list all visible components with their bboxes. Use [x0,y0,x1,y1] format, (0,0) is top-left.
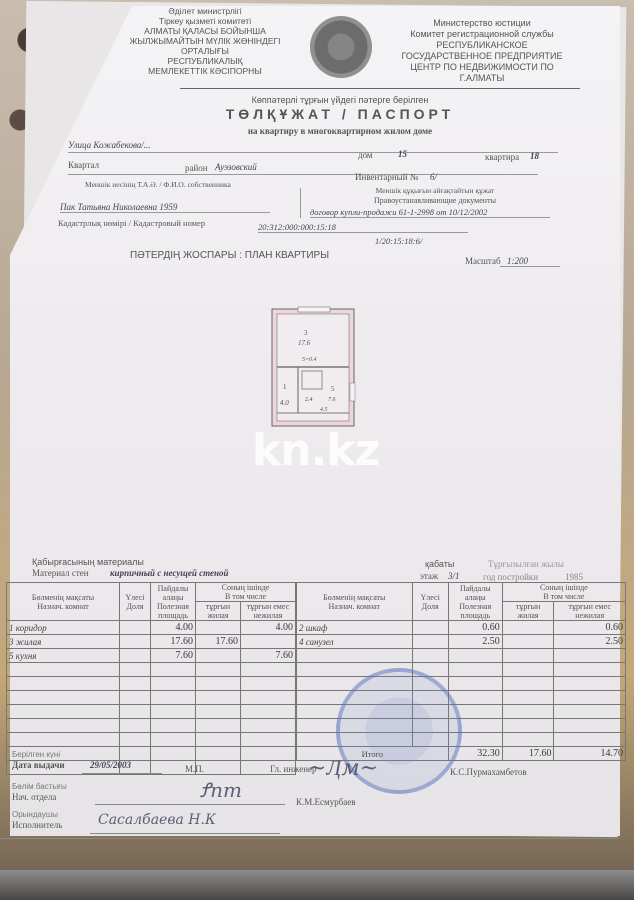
district-value: Ауэзовский [215,162,257,172]
empty-row [7,733,296,747]
header-right: Министерство юстиции Комитет регистрацио… [392,18,572,84]
executor-underline [90,833,280,834]
docs-label-ru: Правоустанавливающие документы [320,196,550,205]
header-left-line: АЛМАТЫ ҚАЛАСЫ БОЙЫНША [115,26,295,36]
header-share: ҮлесіДоля [120,583,151,621]
house-label: дом [358,150,373,160]
room-useful-area: 4.00 [151,621,196,635]
apartment-label: квартира [485,152,519,162]
header-included: Соның ішіндеВ том числе [196,583,296,602]
rooms-table-left: Бөлменің мақсатыНазнач. комнат ҮлесіДоля… [6,582,296,775]
table-row: 5 кухня7.607.60 [7,649,296,663]
svg-text:1: 1 [283,383,287,391]
issued-caption: Көппәтерлі тұрғын үйдегі пәтерге берілге… [190,95,490,105]
svg-text:4.0: 4.0 [280,399,289,407]
owner-name: Пак Татьяна Николаевна 1959 [60,202,177,212]
floor-value: 3/1 [448,571,460,581]
head-label-kz: Бөлім бастығы [12,782,67,791]
docs-underline [310,217,550,218]
executor-signature: Сасалбаева Н.К [98,812,216,828]
svg-text:4.5: 4.5 [320,406,328,413]
docs-value: договор купли-продажи 61-1-2998 от 10/12… [310,207,487,217]
total-nonliving: 14.70 [554,747,626,761]
document-title: ТӨЛҚҰЖАТ / ПАСПОРТ [190,106,490,122]
head-underline [95,804,285,805]
room-name: 4 санузел [297,635,413,649]
head-signature: Ꝭпm [200,776,242,803]
room-name: 2 шкаф [297,621,413,635]
header-living: тұрғынжилая [502,602,554,621]
year-label-kz: Тұрғызылған жылы [488,559,564,569]
header-divider [180,88,580,89]
docs-label-kz: Меншік құқығын айғақтайтын құжат [320,186,550,195]
table-row: 1 коридор4.004.00 [7,621,296,635]
owner-divider [300,188,301,218]
cadastral-underline [258,232,468,233]
cadastral-extra: 1/20:15:18:6/ [375,236,422,246]
date-underline [82,773,162,774]
executor-label-kz: Орындаушы [12,810,58,819]
header-living: тұрғынжилая [196,602,241,621]
header-left: Әділет министрлігі Тіркеу қызметі комите… [115,6,295,76]
total-living: 17.60 [502,747,554,761]
svg-text:2.4: 2.4 [305,397,313,403]
room-living-area [502,621,554,635]
header-useful: Пайдалы алаңыПолезная площадь [151,583,196,621]
black-stamp-seal [310,16,372,78]
wall-material-value: кирпичный с несущей стеной [110,568,228,578]
svg-text:3: 3 [304,329,308,337]
header-useful: Пайдалы алаңыПолезная площадь [448,583,502,621]
year-value: 1985 [565,572,583,582]
svg-text:17.6: 17.6 [298,339,311,347]
cadastral-value: 20:312:000:000:15:18 [258,222,336,232]
room-name: 1 коридор [7,621,120,635]
executor-label-ru: Исполнитель [12,820,62,830]
district-prefix: район [185,163,208,173]
header-purpose: Бөлменің мақсатыНазнач. комнат [297,583,413,621]
room-useful-area: 2.50 [448,635,502,649]
header-left-line: РЕСПУБЛИКАЛЫҚ [115,56,295,66]
owner-underline [60,212,270,213]
apartment-value: 18 [530,151,539,161]
header-left-line: ОРТАЛЫҒЫ [115,46,295,56]
room-share [412,635,448,649]
header-left-line: Тіркеу қызметі комитеті [115,16,295,26]
room-living-area [196,649,241,663]
chief-engineer-name: К.С.Пурмахамбетов [450,767,527,777]
year-label-ru: год постройки [483,572,538,582]
room-nonliving-area: 4.00 [241,621,296,635]
empty-row [297,663,626,677]
svg-text:7.6: 7.6 [328,397,336,403]
header-included: Соның ішіндеВ том числе [502,583,625,602]
floor-label-kz: қабаты [425,559,454,569]
header-right-line: ЦЕНТР ПО НЕДВИЖИМОСТИ ПО [392,62,572,73]
header-right-line: Комитет регистрационной службы [392,29,572,40]
svg-text:5=0.4: 5=0.4 [302,356,317,363]
header-left-line: МЕМЛЕКЕТТІК КӘСІПОРНЫ [115,66,295,76]
chief-engineer-signature: ~Ӆм~ [308,755,378,781]
scale-underline [500,266,560,267]
header-right-line: Министерство юстиции [392,18,572,29]
scale-value: 1:200 [507,256,528,266]
room-living-area: 17.60 [196,635,241,649]
floor-label-ru: этаж [420,571,438,581]
room-useful-area: 0.60 [448,621,502,635]
wall-material-label-kz: Қабырғасының материалы [32,557,144,567]
header-right-line: ГОСУДАРСТВЕННОЕ ПРЕДПРИЯТИЕ [392,51,572,62]
room-share [120,621,151,635]
stamp-place: М.П. [185,764,204,774]
table-row: 4 санузел2.502.50 [297,635,626,649]
empty-row [297,677,626,691]
watermark-logo: kn.kz [252,425,379,476]
empty-row [7,719,296,733]
floor-plan: 3 17.6 5=0.4 1 4.0 2.4 5 7.6 4.5 [268,305,358,430]
room-nonliving-area: 2.50 [554,635,626,649]
house-value: 15 [398,149,407,159]
empty-row [7,691,296,705]
header-left-line: Әділет министрлігі [115,6,295,16]
date-label-kz: Берілген күні [12,750,60,759]
empty-row [7,663,296,677]
folder-edge [0,870,634,900]
document-subtitle: на квартиру в многоквартирном жилом доме [190,126,490,136]
street-value: Улица Кожабекова/... [68,140,151,150]
district-label: Квартал [68,160,99,170]
head-label-ru: Нач. отдела [12,792,56,802]
room-share [120,649,151,663]
table-row: 2 шкаф0.600.60 [297,621,626,635]
header-nonliving: тұрғын емеснежилая [554,602,626,621]
head-name: К.М.Есмурбаев [296,797,356,807]
header-nonliving: тұрғын емеснежилая [241,602,296,621]
room-name: 3 жилая [7,635,120,649]
inventory-value: 6/ [430,172,437,182]
header-left-line: ЖЫЛЖЫМАЙТЫН МҮЛІК ЖӨНІНДЕГІ [115,36,295,46]
header-right-line: РЕСПУБЛИКАНСКОЕ [392,40,572,51]
header-share: ҮлесіДоля [412,583,448,621]
room-useful-area: 7.60 [151,649,196,663]
table-row: 3 жилая17.6017.60 [7,635,296,649]
empty-row [7,677,296,691]
room-living-area [196,621,241,635]
plan-title: ПӘТЕРДІҢ ЖОСПАРЫ : ПЛАН КВАРТИРЫ [130,250,329,261]
empty-row [7,705,296,719]
wall-material-label-ru: Материал стен [32,568,89,578]
room-name: 5 кухня [7,649,120,663]
scale-label: Масштаб [465,256,501,266]
svg-text:5: 5 [331,385,335,393]
bottom-divider [0,838,620,839]
room-share [412,621,448,635]
header-right-line: Г.АЛМАТЫ [392,73,572,84]
district-underline [68,174,538,175]
issue-date: 29/05/2003 [90,760,131,770]
cadastral-label: Кадастрлық нөмірі / Кадастровый номер [58,218,205,228]
room-nonliving-area: 7.60 [241,649,296,663]
room-nonliving-area [241,635,296,649]
room-living-area [502,635,554,649]
room-share [120,635,151,649]
inventory-label: Инвентарный № [355,172,418,182]
header-purpose: Бөлменің мақсатыНазнач. комнат [7,583,120,621]
room-useful-area: 17.60 [151,635,196,649]
owner-label: Меншік иесінің Т.А.Ә. / Ф.И.О. собственн… [85,180,285,189]
empty-row [297,649,626,663]
date-label-ru: Дата выдачи [12,760,65,770]
room-nonliving-area: 0.60 [554,621,626,635]
